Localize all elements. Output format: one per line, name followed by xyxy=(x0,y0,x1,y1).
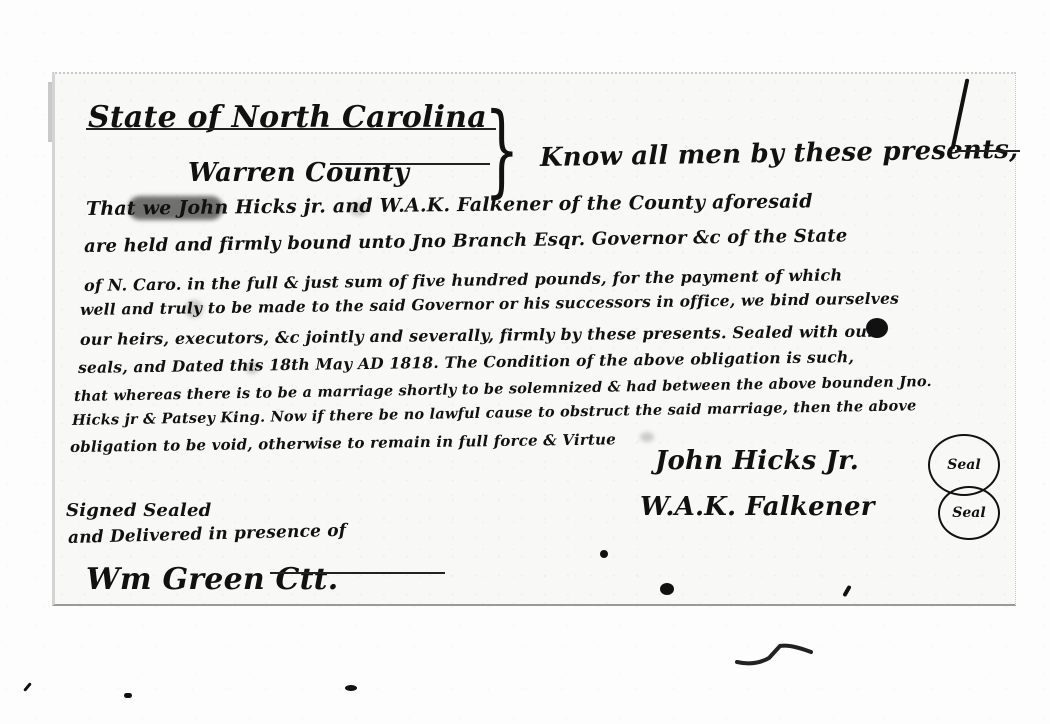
brace-icon: } xyxy=(484,100,519,200)
seal-1-label: Seal xyxy=(947,457,980,473)
signature-john-hicks: John Hicks Jr. xyxy=(655,446,859,476)
ink-smudge xyxy=(245,362,259,374)
state-heading: State of North Carolina xyxy=(88,100,487,135)
county-rule xyxy=(330,163,490,165)
ink-smudge xyxy=(185,300,203,318)
ink-smudge xyxy=(640,432,654,442)
stray-pen-mark-icon xyxy=(735,640,815,670)
signature-wak-falkener: W.A.K. Falkener xyxy=(640,492,875,522)
ink-smudge xyxy=(350,202,368,216)
witness-rule xyxy=(270,572,445,574)
stray-speck xyxy=(600,550,608,558)
attestation-line-1: Signed Sealed xyxy=(66,500,211,521)
stray-speck xyxy=(345,685,357,691)
stray-speck xyxy=(124,693,132,698)
stray-speck xyxy=(660,583,674,595)
top-right-rule xyxy=(955,150,1020,152)
witness-signature: Wm Green Ctt. xyxy=(86,562,338,597)
seal-2-label: Seal xyxy=(952,505,985,521)
heading-underline xyxy=(86,128,496,130)
seal-2: Seal xyxy=(938,486,1000,540)
ink-blot xyxy=(866,318,888,338)
